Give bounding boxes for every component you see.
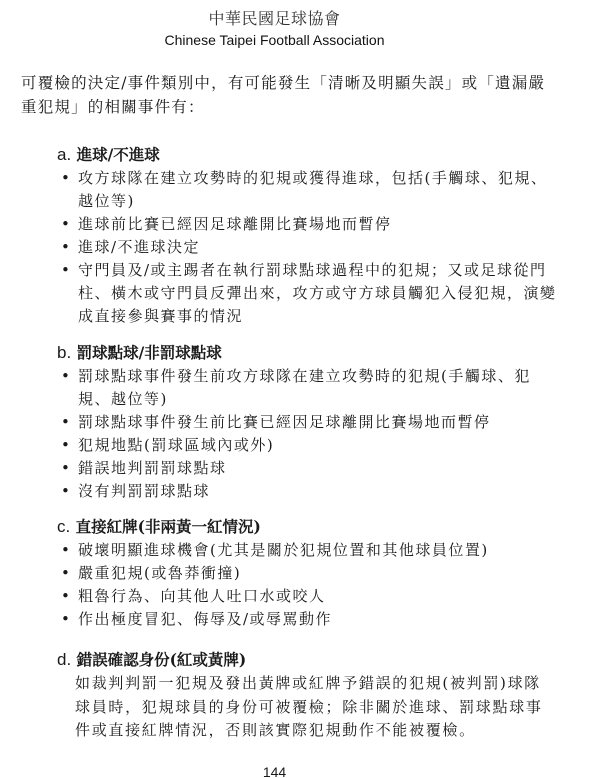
bullet-icon: • (61, 434, 71, 457)
bullet-icon: • (61, 411, 71, 434)
list-item: •錯誤地判罰罰球點球 (57, 457, 557, 480)
bullet-icon: • (61, 259, 71, 282)
bullet-icon: • (61, 213, 71, 236)
list-item: •犯規地點(罰球區域內或外) (57, 434, 557, 457)
section-b: b. 罰球點球/非罰球點球 •罰球點球事件發生前攻方球隊在建立攻勢時的犯規(手觸… (57, 341, 557, 503)
bullet-icon: • (61, 608, 71, 631)
bullet-icon: • (61, 236, 71, 259)
page-number: 144 (0, 764, 569, 778)
org-name-zh: 中華民國足球協會 (0, 8, 589, 30)
list-item: •守門員及/或主踢者在執行罰球點球過程中的犯規；又或足球從門柱、橫木或守門員反彈… (57, 259, 557, 328)
section-title: a. 進球/不進球 (57, 143, 557, 167)
document-header: 中華民國足球協會 Chinese Taipei Football Associa… (0, 8, 589, 50)
bullet-list: •攻方球隊在建立攻勢時的犯規或獲得進球，包括(手觸球、犯規、越位等) •進球前比… (57, 167, 557, 328)
bullet-list: •罰球點球事件發生前攻方球隊在建立攻勢時的犯規(手觸球、犯規、越位等) •罰球點… (57, 365, 557, 503)
list-item: •破壞明顯進球機會(尤其是關於犯規位置和其他球員位置) (57, 539, 557, 562)
section-letter: c. (57, 517, 70, 536)
intro-paragraph: 可覆檢的決定/事件類別中，有可能發生「清晰及明顯失誤」或「遺漏嚴重犯規」的相關事… (21, 71, 561, 119)
bullet-icon: • (61, 480, 71, 503)
bullet-icon: • (61, 365, 71, 388)
section-heading: 罰球點球/非罰球點球 (77, 343, 222, 362)
section-heading: 進球/不進球 (77, 145, 160, 164)
bullet-icon: • (61, 167, 71, 190)
section-title: c. 直接紅牌(非兩黃一紅情況) (57, 515, 557, 539)
list-item: •進球/不進球決定 (57, 236, 557, 259)
section-heading: 直接紅牌(非兩黃一紅情況) (76, 517, 261, 536)
section-title: b. 罰球點球/非罰球點球 (57, 341, 557, 365)
section-letter: d. (57, 650, 71, 669)
bullet-icon: • (61, 457, 71, 480)
list-item: •粗魯行為、向其他人吐口水或咬人 (57, 585, 557, 608)
bullet-icon: • (61, 562, 71, 585)
bullet-icon: • (61, 585, 71, 608)
list-item: •沒有判罰罰球點球 (57, 480, 557, 503)
list-item: •罰球點球事件發生前攻方球隊在建立攻勢時的犯規(手觸球、犯規、越位等) (57, 365, 557, 411)
list-item: •進球前比賽已經因足球離開比賽場地而暫停 (57, 213, 557, 236)
section-letter: a. (57, 145, 71, 164)
bullet-list: •破壞明顯進球機會(尤其是關於犯規位置和其他球員位置) •嚴重犯規(或魯莽衝撞)… (57, 539, 557, 631)
section-c: c. 直接紅牌(非兩黃一紅情況) •破壞明顯進球機會(尤其是關於犯規位置和其他球… (57, 515, 557, 631)
list-item: •攻方球隊在建立攻勢時的犯規或獲得進球，包括(手觸球、犯規、越位等) (57, 167, 557, 213)
bullet-icon: • (61, 539, 71, 562)
list-item: •嚴重犯規(或魯莽衝撞) (57, 562, 557, 585)
org-name-en: Chinese Taipei Football Association (0, 30, 589, 50)
section-title: d. 錯誤確認身份(紅或黃牌) (57, 648, 557, 672)
section-a: a. 進球/不進球 •攻方球隊在建立攻勢時的犯規或獲得進球，包括(手觸球、犯規、… (57, 143, 557, 328)
section-heading: 錯誤確認身份(紅或黃牌) (77, 650, 247, 669)
list-item: •作出極度冒犯、侮辱及/或辱罵動作 (57, 608, 557, 631)
list-item: •罰球點球事件發生前比賽已經因足球離開比賽場地而暫停 (57, 411, 557, 434)
section-letter: b. (57, 343, 71, 362)
section-d: d. 錯誤確認身份(紅或黃牌) 如裁判判罰一犯規及發出黃牌或紅牌予錯誤的犯規(被… (57, 648, 557, 743)
section-paragraph: 如裁判判罰一犯規及發出黃牌或紅牌予錯誤的犯規(被判罰)球隊球員時，犯規球員的身份… (57, 672, 545, 743)
